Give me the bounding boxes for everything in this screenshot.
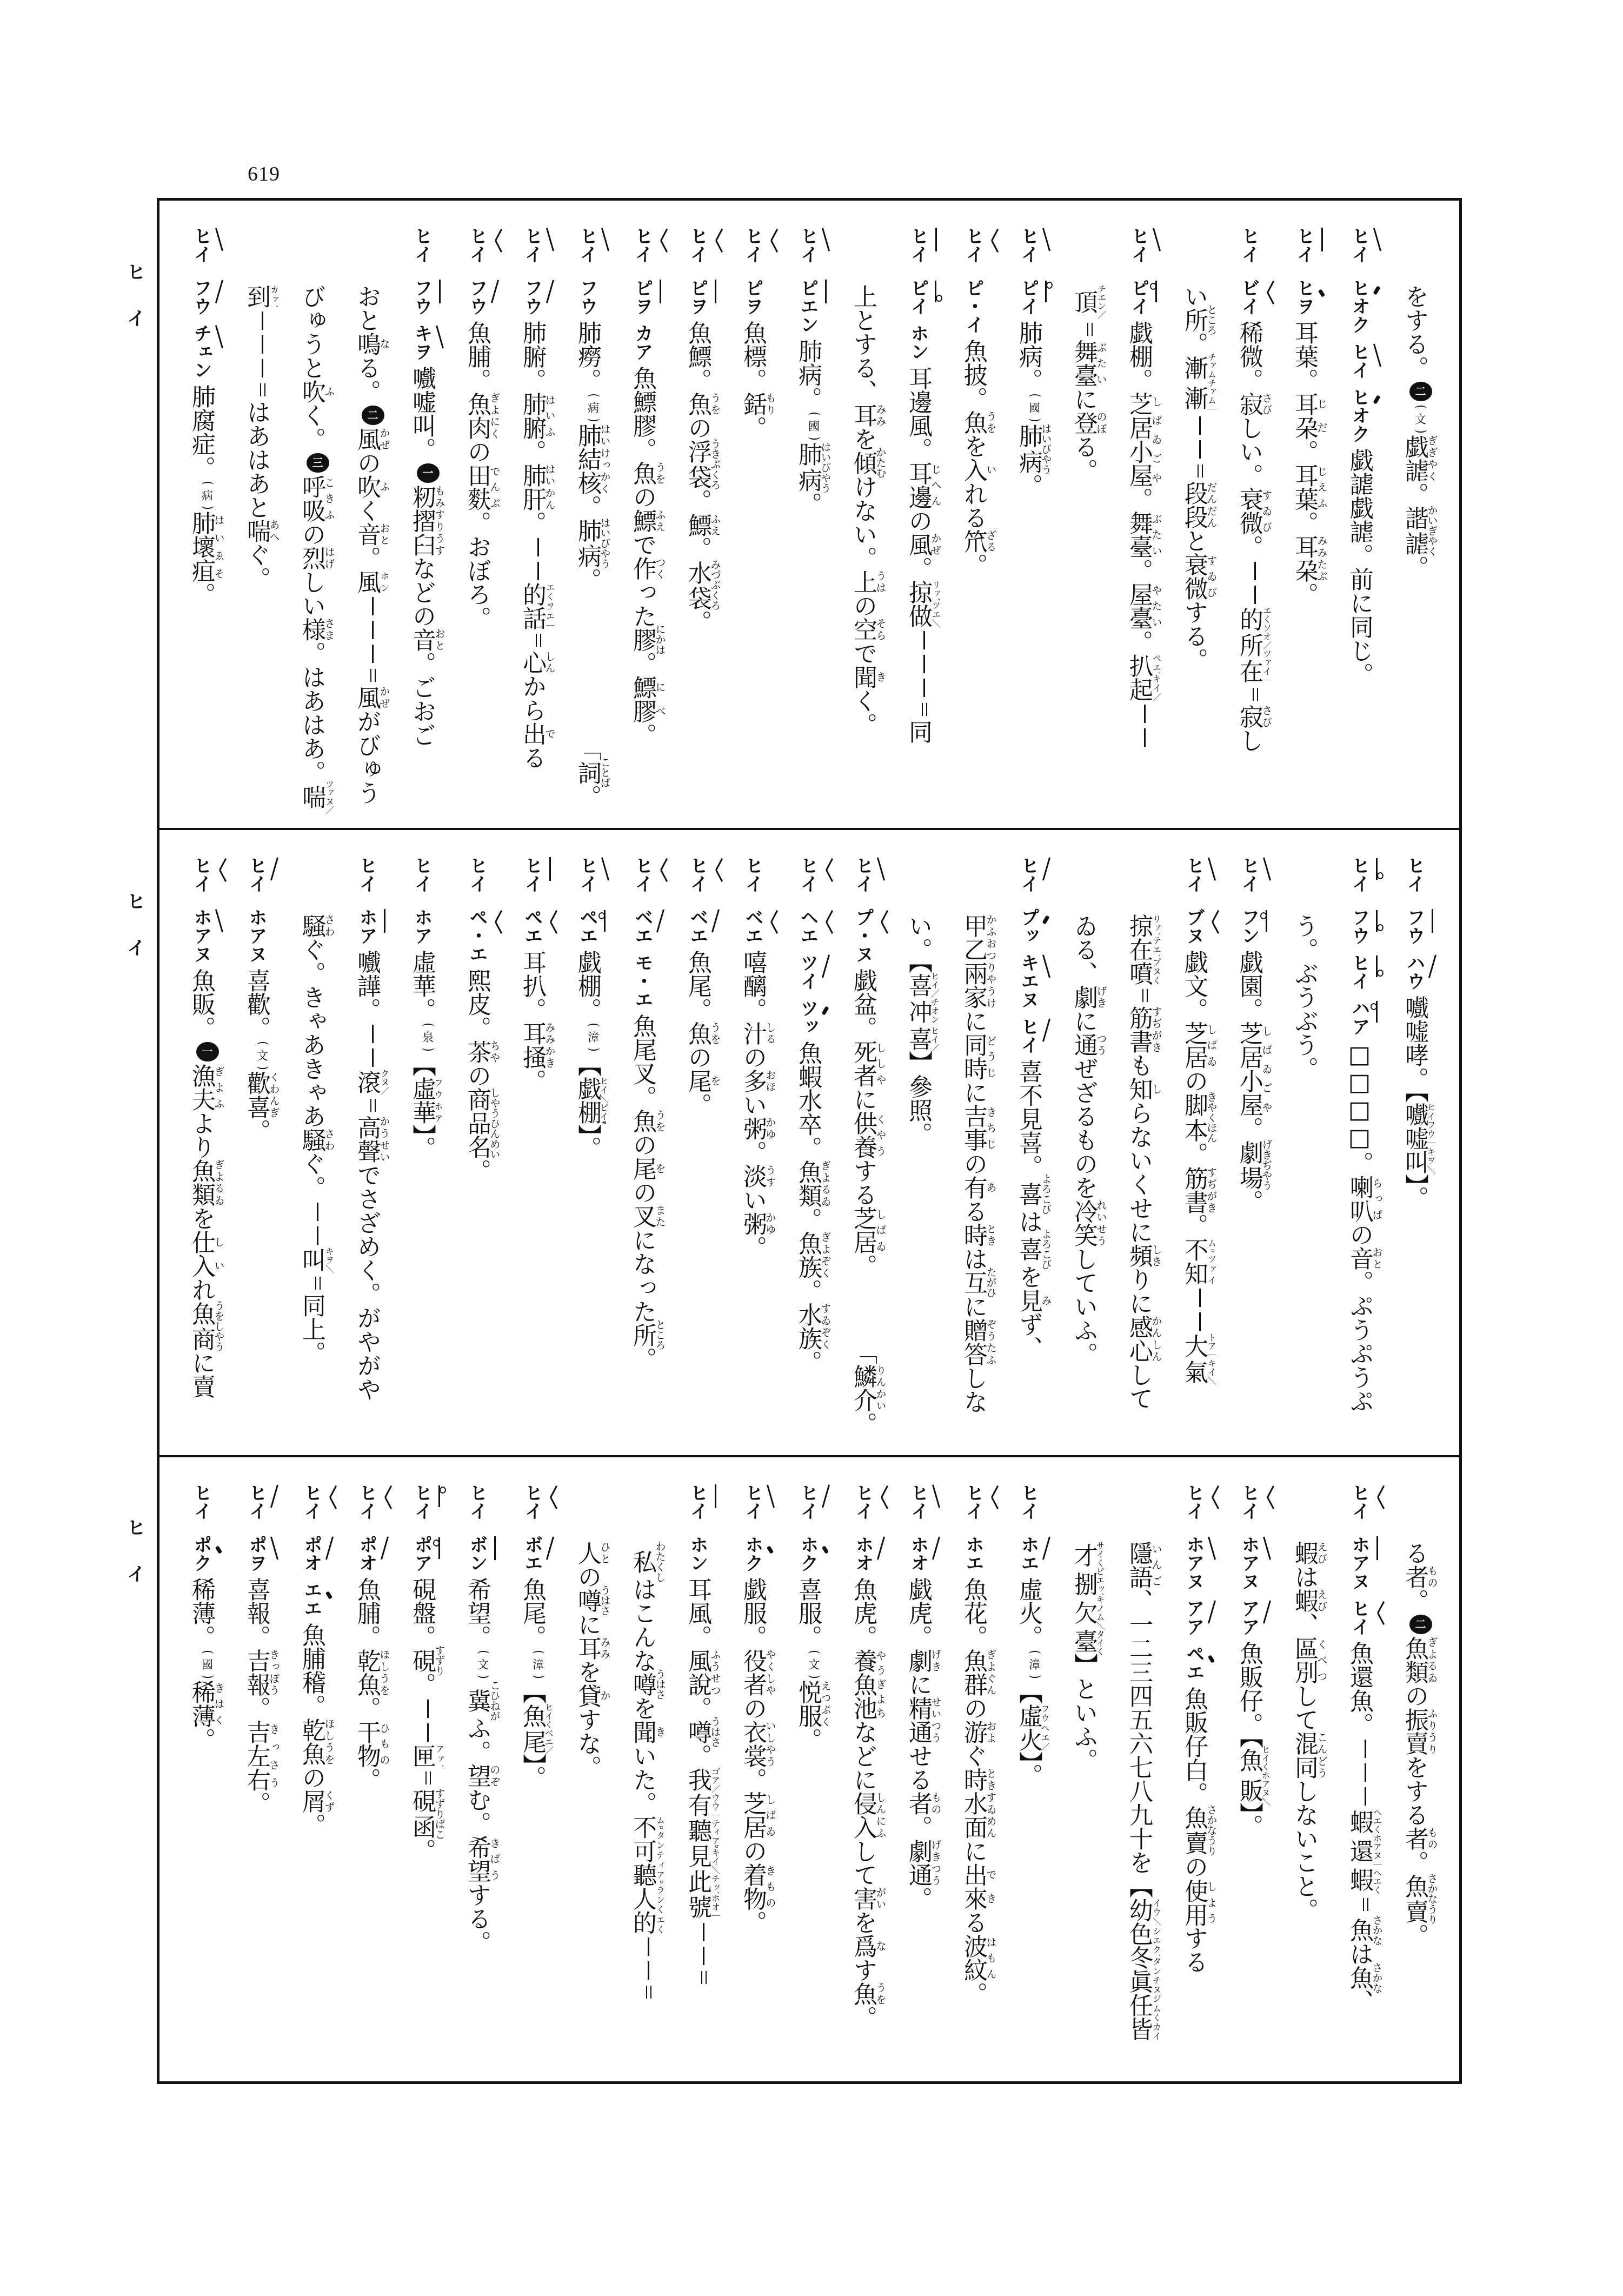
reading-syllable: ホエ (1017, 1535, 1039, 1572)
ruby-gloss: 吉事きちじ (960, 1104, 987, 1152)
continuation-line: う。ぶうぶう。 (1276, 830, 1332, 1455)
tone-mark-icon (876, 909, 888, 934)
headword-initial: ヒイ (1348, 227, 1370, 263)
reading-syllable: フン (1238, 908, 1260, 945)
ruby-gloss: 區別くべつ (1291, 1636, 1318, 1684)
dictionary-entry: ヒイホク喜服。文悦服えつぷく。 (780, 1457, 835, 2081)
entry-definition: 魚虎。養魚池やうぎよちなどに侵入しんにふして害がいを爲なす魚うを。 (849, 1577, 877, 2029)
dictionary-entry: ヒイホアヌ喜歡。文歡喜くわんぎ。 (229, 830, 284, 1455)
page-number: 619 (248, 162, 280, 186)
ruby-gloss: 耳掻みみかき (518, 1021, 546, 1069)
tone-mark-icon (490, 1536, 502, 1561)
reading-syllable: フウ (190, 278, 212, 315)
ruby-gloss: 烈はげ (298, 546, 325, 570)
entry-definition: 魚標。銛もり。 (739, 321, 767, 440)
ruby-gloss: 劇げき (904, 1649, 932, 1673)
tone-mark-icon (821, 228, 833, 253)
ruby-gloss: 才捌欠臺サイくピエッ′キノム＼タイく (1070, 1541, 1097, 1653)
ruby-gloss: 者もの (1401, 1565, 1428, 1589)
entry-headword: ヒイベエ (687, 856, 708, 950)
dictionary-entry: ヒイヒオクヒイヒオク戯謔戯謔。前に同じ。 (1332, 201, 1387, 828)
tone-mark-icon (1317, 280, 1329, 304)
entry-headword: ヒイベエ (742, 856, 763, 950)
ruby-gloss: 魚さかな (1346, 1966, 1373, 1989)
usage-label: 國 (196, 1649, 219, 1680)
tone-mark-icon (1372, 1536, 1384, 1561)
headword-initial: ヒイ (576, 856, 598, 893)
reading-syllable: プ・ヌ (852, 908, 874, 963)
ruby-gloss: 淡うす (739, 1164, 767, 1188)
ruby-gloss: 匣アァ′ (408, 1744, 436, 1768)
ruby-gloss: 魚うを (684, 1021, 711, 1045)
ruby-gloss: 鱗介りんかい (849, 1364, 877, 1412)
ruby-gloss: 振賣ふりうり (1401, 1708, 1428, 1755)
ruby-gloss: 精通せいつう (904, 1696, 932, 1744)
reading-syllable: ツイ (797, 953, 819, 990)
ruby-gloss: 脚本きやくほん (1180, 1093, 1208, 1143)
tone-mark-icon (1372, 1600, 1384, 1625)
entry-headword: ヒイピヲ (687, 227, 708, 321)
ruby-gloss: 耳朶じだ (1291, 392, 1318, 440)
tone-mark-icon (435, 1484, 447, 1509)
reading-syllable: アア (1183, 1599, 1205, 1636)
ruby-gloss: 笊ざる (960, 529, 987, 553)
tone-mark-icon (1427, 909, 1439, 934)
entry-definition: 戯園。芝居小屋しばゐごや。劇場げきぢやう。 (1235, 950, 1263, 1214)
entry-definition: 頂チエン／舞臺ぶたいに登のぼる。 (1070, 284, 1097, 482)
dictionary-entry: ヒイピエン肺病。國肺病はいびやう。 (780, 201, 835, 828)
dictionary-entry: ヒイホアヌヒイ魚還魚。蝦還蝦ヘエくホアヌ｜ヘエく魚さかなは魚さかな、 (1332, 1457, 1387, 2081)
ruby-gloss: 登のぼ (1070, 411, 1097, 435)
headword-initial: ヒイ (1128, 227, 1149, 263)
tone-mark-icon (1372, 228, 1384, 253)
continuation-line: 蝦えびは蝦えび、區別くべつして混同こんどうしないこと。 (1276, 1457, 1332, 2081)
tone-mark-icon (1427, 954, 1439, 979)
headword-initial: ヒイ (631, 856, 653, 893)
entry-definition: 戯棚。芝居小屋しばゐごや。舞臺ぶたい。屋臺やたい。扒起ペエ′キイ／ (1125, 321, 1153, 749)
repeat-mark-icon (527, 559, 550, 582)
ruby-gloss: 魚尾ヒイくベエ／ (518, 1704, 546, 1754)
entry-headword: ヒイポオエエ (301, 1483, 322, 1623)
tone-mark-icon (435, 280, 447, 304)
tone-mark-icon (766, 909, 777, 934)
ruby-gloss: 衣裳いしやう (739, 1720, 767, 1768)
headword-initial: ヒイ (190, 1483, 212, 1520)
headword-initial: ヒイ (797, 1483, 819, 1520)
ruby-gloss: 頂チエン／ (1070, 284, 1097, 319)
tone-mark-icon (931, 1484, 943, 1509)
dictionary-entry: ヒイホア虛華。泉【虛華フウホア】。 (394, 830, 449, 1455)
reading-syllable: ペエ (576, 908, 598, 945)
entry-definition: う。ぶうぶう。 (1291, 914, 1318, 1080)
headword-initial: ヒイ (411, 227, 433, 263)
entry-band-top: をする。二文戯謔ぎぎやく。諧謔かいぎやく。ヒイヒオクヒイヒオク戯謔戯謔。前に同じ… (159, 201, 1459, 828)
sense-number-badge: 三 (307, 453, 329, 473)
ruby-gloss: 詞ことば (574, 761, 601, 785)
ruby-gloss: 喘あへ (243, 519, 270, 543)
repeat-mark-icon (251, 356, 275, 380)
ruby-gloss: 膠にかは (629, 628, 656, 652)
headword-initial: ヒイ (631, 227, 653, 263)
ruby-gloss: 漸漸チァムチァム｜ (1180, 356, 1208, 413)
usage-label: 文 (471, 1649, 495, 1680)
repeat-mark-icon (692, 1920, 716, 1943)
tone-mark-icon (766, 228, 777, 253)
entry-band-bottom: る者もの。二魚類ぎよるゐの振賣ふりうりをする者もの。魚賣さかなうり。ヒイホアヌヒ… (159, 1455, 1459, 2081)
dictionary-entry: ヒイピ・イ魚披。魚うをを入いれる笊ざる。 (946, 201, 1001, 828)
reading-syllable: ペ・エ (466, 908, 488, 963)
entry-definition: 戯虎。劇げきに精通せいつうせる者もの。劇通げきつう。 (904, 1577, 932, 1910)
tone-mark-icon (1262, 1484, 1274, 1509)
entry-definition: 戯謔戯謔。前に同じ。 (1346, 448, 1373, 686)
thumb-index-char: ヒ (124, 262, 148, 283)
ruby-gloss: 粥かゆ (739, 1212, 767, 1236)
ruby-gloss: 贈答ぞうたふ (960, 1318, 987, 1366)
reading-syllable: ヒオク (1348, 388, 1370, 443)
entry-definition: 魚販。一漁夫ぎよふより魚類ぎよるゐを仕入しいれ魚商うをしやうに賣 (188, 968, 215, 1399)
dictionary-entry: ヒイフン戯園。芝居小屋しばゐごや。劇場げきぢやう。 (1221, 830, 1276, 1455)
ruby-gloss: 我有聽見此號ゴア／ウウ｜ティアᵇキイ＼チッ′ホオ｜ (684, 1768, 711, 1920)
entry-definition: 甲乙兩家かふおつりやうけに同時どうじに吉事きちじの有ある時ときは互たがひに贈答ぞ… (960, 914, 987, 1414)
entry-headword: ヒイブヌ (1183, 856, 1205, 950)
ruby-gloss: 硯函すずりばこ (408, 1788, 436, 1839)
entry-headword: ヒイピヲカア (631, 227, 653, 366)
tone-mark-icon (269, 857, 281, 882)
dictionary-entry: ヒイポク稀薄。國稀薄きはく。 (174, 1457, 229, 2081)
tone-mark-icon (1372, 909, 1384, 934)
ruby-gloss: 肺腑はいふ (518, 392, 546, 440)
tone-mark-icon (876, 857, 888, 882)
tone-mark-icon (214, 228, 226, 253)
headword-initial: ヒイ (1348, 1483, 1370, 1520)
tone-mark-icon (821, 1536, 833, 1561)
headword-initial: ヒイ (962, 227, 984, 263)
dictionary-entry: ヒイピイ戯棚。芝居小屋しばゐごや。舞臺ぶたい。屋臺やたい。扒起ペエ′キイ／ (1111, 201, 1166, 828)
ruby-gloss: 騒さわ (298, 1128, 325, 1152)
ruby-gloss: 屑くず (298, 1789, 325, 1813)
tone-mark-icon (214, 909, 226, 934)
ruby-gloss: 汁しる (739, 1021, 767, 1045)
ruby-gloss: 魚族ぎよぞく (794, 1231, 822, 1279)
entry-definition: 喜歡。文歡喜くわんぎ。 (243, 968, 270, 1143)
ruby-gloss: 田麩でんぶ (463, 463, 491, 511)
ruby-gloss: 風かぜ (353, 686, 381, 709)
ruby-gloss: 叉また (629, 1204, 656, 1228)
ruby-gloss: 供養くやう (849, 1111, 877, 1159)
ruby-gloss: 有あ (960, 1176, 987, 1199)
ruby-gloss: 銛もり (739, 392, 767, 416)
headword-initial: ヒイ (1238, 856, 1260, 893)
tone-mark-icon (1372, 857, 1384, 882)
ruby-gloss: 聞き (849, 665, 877, 689)
ruby-gloss: 筋書すぢがき (1125, 1006, 1153, 1053)
tone-mark-icon (324, 1484, 336, 1509)
ruby-gloss: 虛華フウホア (408, 1077, 436, 1124)
reading-syllable: ツッ (797, 999, 819, 1036)
reading-syllable: ホアヌ (245, 908, 267, 963)
ruby-gloss: 掠做リァ′ツエ＼ (904, 580, 932, 628)
headword-initial: ヒイ (521, 227, 543, 263)
ruby-gloss: 到カァ′ (243, 284, 270, 308)
headword-initial: ヒイ (576, 227, 598, 263)
dictionary-entry: ヒイペエ耳扒。耳掻みみかき。 (504, 830, 560, 1455)
reading-syllable: ヘエ (797, 908, 819, 945)
ruby-gloss: 者もの (904, 1791, 932, 1815)
entry-definition: 魚蝦水卒。魚類ぎよるゐ。魚族ぎよぞく。水族すゐぞく。 (794, 1041, 822, 1374)
headword-initial: ヒイ (742, 227, 763, 263)
tone-mark-icon (269, 1536, 281, 1561)
entry-definition: 魚脯。乾魚ほしうを。干物ひもの。 (353, 1577, 381, 1791)
reading-syllable: ポオ (356, 1535, 377, 1572)
reading-syllable: ホア (411, 908, 433, 945)
repeat-mark-icon (1188, 1285, 1212, 1309)
ruby-gloss: 魚群ぎよぐん (960, 1649, 987, 1696)
tone-mark-icon (986, 1484, 998, 1509)
repeat-mark-icon (913, 652, 936, 675)
entry-headword: ヒイベエモ・エ (631, 856, 653, 1014)
tone-mark-icon (1262, 909, 1274, 934)
tone-mark-icon (821, 1000, 833, 1025)
ruby-gloss: 肺病はいびやう (574, 519, 601, 568)
tone-mark-icon (931, 1536, 943, 1561)
tone-mark-icon (710, 280, 722, 304)
ruby-gloss: 鰾ふえ (629, 509, 656, 533)
headword-initial: ヒイ (466, 227, 488, 263)
headword-initial: ヒイ (852, 856, 874, 893)
dictionary-entry: ヒイピヲカア魚鰾膠。魚うをの鰾ふえで作つくった膠にかは。鰾膠にべ。 (615, 201, 670, 828)
entry-headword: ヒイヒオクヒイヒオク (1348, 227, 1370, 448)
tone-mark-icon (1207, 857, 1219, 882)
entry-definition: 隱語いんご、一二三四五六七八九十を【幼色冬眞任皆イウ＼シエク′タンチヌジムくカイ (1125, 1541, 1153, 2041)
repeat-mark-icon (692, 1943, 716, 1967)
entry-headword: ヒイホク (742, 1483, 763, 1577)
dictionary-entry: ヒイポオエエ魚脯稽。乾魚ほしうをの屑くず。 (284, 1457, 339, 2081)
ruby-gloss: 感心かんしん (1125, 1315, 1153, 1363)
ruby-gloss: 悦服えつぷく (794, 1680, 822, 1728)
tone-mark-icon (600, 228, 612, 253)
tone-mark-icon (1207, 1600, 1219, 1625)
tone-mark-icon (435, 325, 447, 350)
entry-definition: る者もの。二魚類ぎよるゐの振賣ふりうりをする者もの。魚賣さかなうり。 (1401, 1541, 1428, 1948)
ruby-gloss: 知し (1125, 1077, 1153, 1101)
tone-mark-icon (931, 280, 943, 304)
entry-definition: おと鳴なる。二風かぜの吹ふく音おと。風ホン風かぜがびゅう (353, 284, 381, 805)
ruby-gloss: 稀薄きはく (188, 1680, 215, 1728)
tone-mark-icon (766, 1484, 777, 1509)
ruby-gloss: 冷笑れいせう (1070, 1199, 1097, 1247)
tone-mark-icon (821, 909, 833, 934)
repeat-mark-icon (251, 308, 275, 332)
ruby-gloss: 所ところ (1180, 308, 1208, 332)
usage-label: 漳 (1023, 1649, 1047, 1680)
entry-definition: 戯文。芝居しばゐの脚本きやくほん。筋書すぢがき。不知ムᵖツァイ大氣トア｜キイ＼ (1180, 950, 1208, 1385)
equals-mark-icon (306, 1273, 330, 1293)
ruby-gloss: 商品名しやうひんめい (463, 1087, 491, 1159)
entry-definition: 喜服。文悦服えつぷく。 (794, 1577, 822, 1751)
repeat-mark-icon (251, 332, 275, 356)
entry-definition: 耳邊風。耳邊じへんの風かぜ。掠做リァ′ツエ＼同 (904, 366, 932, 744)
ruby-gloss: 出來でき (960, 1863, 987, 1910)
reading-syllable: ベエ (687, 908, 708, 945)
entry-headword: ヒイピイ (1017, 227, 1039, 321)
dictionary-entry: ヒイボン希望。文冀こひねがふ。望のぞむ。希望きばうする。 (449, 1457, 504, 2081)
reading-syllable: ピイ (1017, 278, 1039, 315)
entry-definition: 耳風。風說ふうせつ。噂うはさ。我有聽見此號ゴア／ウウ｜ティアᵇキイ＼チッ′ホオ｜ (684, 1577, 711, 1988)
ruby-gloss: 噂うはさ (684, 1720, 711, 1744)
tone-mark-icon (1041, 1536, 1053, 1561)
ruby-gloss: 所ところ (629, 1323, 656, 1347)
tone-mark-icon (1262, 1536, 1274, 1561)
ruby-gloss: 肺病はいびやう (1015, 423, 1042, 474)
ruby-gloss: 者もの (1401, 1827, 1428, 1850)
ruby-gloss: 魚類ぎよるゐ (1401, 1636, 1428, 1684)
ruby-gloss: 干物ひもの (353, 1720, 381, 1768)
thumb-index-char: イ (124, 308, 148, 330)
entry-definition: 掠在噴リァ′テエ′プヌく筋書すぢがきも知しらないくせに頻しきりに感心かんしんして (1125, 914, 1153, 1410)
reading-syllable: ベエ (631, 908, 653, 945)
entry-definition: ゐる、劇げきに通つうぜざるものを冷笑れいせうしていふ。 (1070, 914, 1097, 1366)
reading-syllable: ブヌ (1183, 908, 1205, 945)
reading-syllable: ピヲ (687, 278, 708, 315)
continuation-line: 上とする、耳みみを傾かたむけない。上うはの空そらで聞きく。 (835, 201, 890, 828)
ruby-gloss: 喜冲喜ヒイ／チオン ヒイ／ (904, 973, 932, 1051)
entry-definition: 硯盤。硯すずり。匣アァ′硯函すずりばこ。 (408, 1577, 436, 1862)
ruby-gloss: 寂さび (1235, 392, 1263, 416)
ruby-gloss: 的話エくヲエ｜ (518, 582, 546, 630)
tone-mark-icon (931, 228, 943, 253)
entry-definition: 熙皮。茶ちやの商品名しやうひんめい。 (463, 968, 491, 1183)
dictionary-entry: ヒイベエ魚尾。魚うをの尾を。 (670, 830, 725, 1455)
repeat-mark-icon (1188, 413, 1212, 437)
ruby-gloss: 衰微すゐび (1235, 487, 1263, 535)
dictionary-entry: ヒイフウチェン肺腐症。病肺壞疽はいゑそ。 (174, 201, 229, 828)
ruby-gloss: 音おと (1346, 1246, 1373, 1270)
entry-definition: びゅうと吹ふく。三呼吸こきふの烈はげしい様さま。はあはあ。喘ツァヌ／ (298, 284, 325, 814)
thumb-index-label: ヒ イ (124, 891, 148, 959)
entry-definition: 喜不見喜。喜よろこびは喜よろこびを見みず、 (1015, 1059, 1042, 1360)
tone-mark-icon (821, 954, 833, 979)
ruby-gloss: 魚うを (629, 1109, 656, 1133)
tone-mark-icon (710, 909, 722, 934)
continuation-line: をする。二文戯謔ぎぎやく。諧謔かいぎやく。 (1387, 201, 1442, 828)
sense-number-badge: 一 (417, 463, 440, 483)
tone-mark-icon (655, 857, 667, 882)
ruby-gloss: 波紋はもん (960, 1934, 987, 1982)
entry-headword: ヒイホア (356, 856, 377, 950)
entry-definition: い所ところ。漸漸チァムチァム｜段段だんだんと衰微すゐびする。 (1180, 284, 1208, 672)
ruby-gloss: 人ひと (574, 1541, 601, 1565)
ruby-gloss: 籾摺臼もみすりうす (408, 485, 436, 556)
tone-mark-icon (214, 857, 226, 882)
tone-mark-icon (1152, 280, 1163, 304)
entry-definition: 嚱譁。滾クヌ／高聲かうせいでさざめく。がやがや (353, 950, 381, 1401)
reading-syllable: ピイ (1128, 278, 1149, 315)
entry-definition: をする。二文戯謔ぎぎやく。諧謔かいぎやく。 (1401, 284, 1428, 580)
entry-headword: ヒイポク (190, 1483, 212, 1577)
ruby-gloss: 扒起ペエ′キイ／ (1125, 654, 1153, 701)
entry-headword: ヒイホアヌヒイ (1348, 1483, 1370, 1641)
ruby-gloss: 騒さわ (298, 914, 325, 938)
headword-initial: ヒイ (466, 856, 488, 893)
entry-headword: ヒイフウハウ (1404, 856, 1425, 996)
tone-mark-icon (766, 1536, 777, 1561)
repeat-mark-icon (1243, 582, 1267, 606)
dictionary-entry: ヒイホン耳風。風說ふうせつ。噂うはさ。我有聽見此號ゴア／ウウ｜ティアᵇキイ＼チッ… (670, 1457, 725, 2081)
tone-mark-icon (380, 909, 391, 934)
overflow-tail: 「詞ことば。 (560, 737, 615, 808)
ruby-gloss: 段段だんだん (1180, 481, 1208, 529)
ruby-gloss: 芝居しばゐ (849, 1206, 877, 1254)
ruby-gloss: 甲乙兩家かふおつりやうけ (960, 914, 987, 1009)
headword-initial: ヒイ (742, 856, 763, 893)
ruby-gloss: 貸か (574, 1684, 601, 1708)
usage-label: 病 (582, 392, 606, 423)
tone-mark-icon (655, 280, 667, 304)
entry-definition: 魚尾。漳【魚尾ヒイくベエ／】。 (518, 1577, 546, 1789)
ruby-gloss: 呼吸こきふ (298, 475, 325, 522)
ruby-gloss: 風ホン (353, 570, 381, 594)
dictionary-entry: ヒイボエ魚尾。漳【魚尾ヒイくベエ／】。 (504, 1457, 560, 2081)
ruby-gloss: 養魚池やうぎよち (849, 1649, 877, 1720)
headword-initial: ヒイ (742, 1483, 763, 1520)
entry-definition: 魚脯稽。乾魚ほしうをの屑くず。 (298, 1623, 325, 1837)
headword-initial: ヒイ (411, 1483, 433, 1520)
headword-initial: ヒイ (521, 1483, 543, 1520)
ruby-gloss: 混同こんどう (1291, 1731, 1318, 1779)
dictionary-entry: ヒイピイホン耳邊風。耳邊じへんの風かぜ。掠做リァ′ツエ＼同 (890, 201, 946, 828)
headword-initial: ヒイ (301, 1483, 322, 1520)
tone-mark-icon (545, 857, 557, 882)
reading-syllable: チェン (190, 324, 212, 379)
reading-syllable: フウ (1348, 908, 1370, 945)
reading-syllable: ビイ (1238, 278, 1260, 315)
dictionary-entry: ヒイホアヌアアペエ魚販仔白。魚賣さかなうりの使用しようする (1166, 1457, 1221, 2081)
entry-definition: 魚販仔白。魚賣さかなうりの使用しようする (1180, 1687, 1208, 1974)
entry-headword: ヒイフウ (521, 227, 543, 321)
entry-headword: ヒイピイホン (907, 227, 929, 366)
tone-mark-icon (1041, 954, 1053, 979)
reading-syllable: ヒイ (1017, 1017, 1039, 1054)
ruby-gloss: 肺結核はいけっかく (574, 423, 601, 495)
ruby-gloss: 嚱嘘叫ヒイフウ｜キヲ＼ (1401, 1103, 1428, 1174)
thumb-index-char: イ (124, 938, 148, 959)
ruby-gloss: 心しん (518, 651, 546, 674)
equals-mark-icon (361, 665, 385, 686)
reading-syllable: フウ (576, 278, 598, 315)
entry-headword: ヒイヒヲ (1293, 227, 1315, 321)
usage-label: 國 (802, 410, 826, 442)
ruby-gloss: 芝居小屋しばゐごや (1125, 392, 1153, 487)
ruby-gloss: 望のぞ (463, 1764, 491, 1788)
continuation-line: 頂チエン／舞臺ぶたいに登のぼる。 (1056, 201, 1111, 828)
dictionary-entry: ヒイベエモ・エ魚尾叉。魚うをの尾をの叉またになった所ところ。 (615, 830, 670, 1455)
ruby-gloss: 滾クヌ／ (353, 1069, 381, 1095)
tone-mark-icon (1317, 228, 1329, 253)
dictionary-entry: ヒイプッキエヌヒイ喜不見喜。喜よろこびは喜よろこびを見みず、 (1001, 830, 1056, 1455)
thumb-index-label: ヒ イ (124, 262, 148, 330)
equals-mark-icon (1188, 461, 1212, 481)
reading-syllable: ホアヌ (190, 908, 212, 963)
continuation-line: 到カァ′はあはあと喘あへぐ。 (229, 201, 284, 828)
entry-definition: 魚脯。魚肉ぎよにくの田麩でんぶ。おぼろ。 (463, 321, 491, 630)
headword-initial: ヒイ (1238, 1483, 1260, 1520)
entry-definition: 魚鰾膠。魚うをの鰾ふえで作つくった膠にかは。鰾膠にべ。 (629, 366, 656, 747)
equals-mark-icon (1078, 319, 1102, 340)
headword-initial: ヒイ (190, 227, 212, 263)
repeat-mark-icon (361, 1045, 385, 1069)
ruby-gloss: 蝦えび (1291, 1589, 1318, 1612)
entry-headword: ヒイホアヌアア (1238, 1483, 1260, 1641)
